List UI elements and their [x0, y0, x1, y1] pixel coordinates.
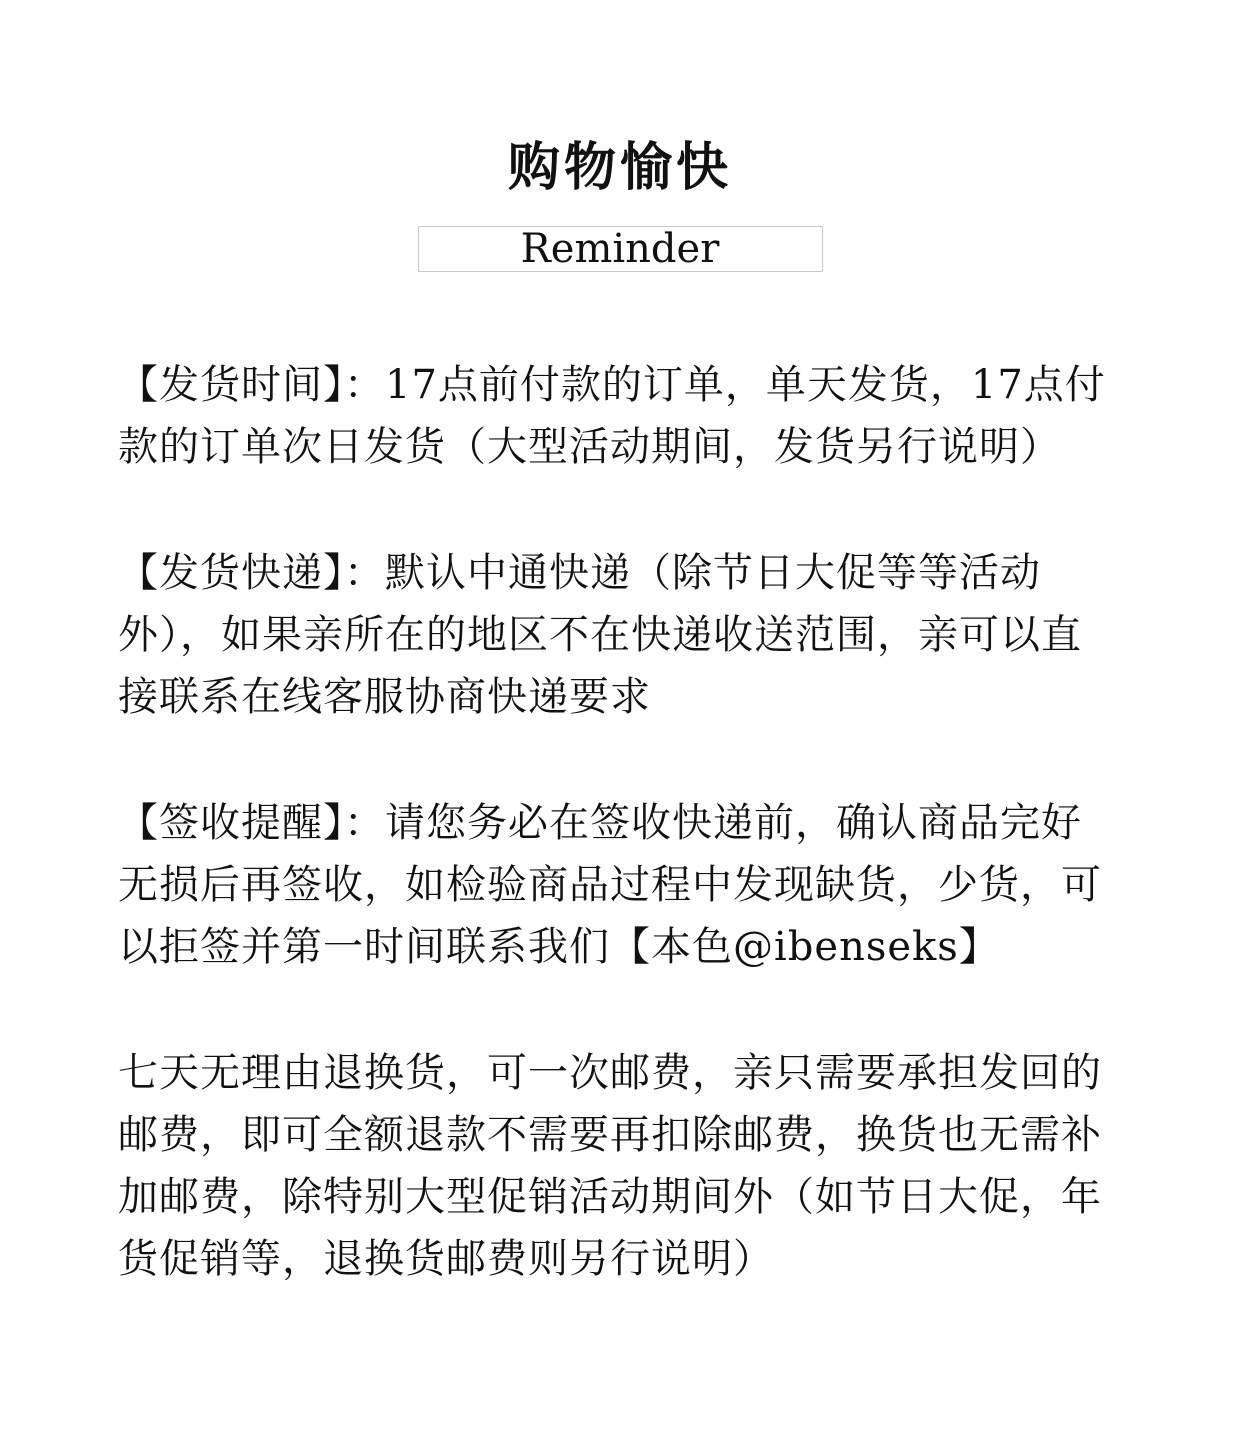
paragraph-return-policy: 七天无理由退换货，可一次邮费，亲只需要承担发回的邮费，即可全额退款不需要再扣除邮… [118, 1042, 1122, 1290]
reminder-label-box: Reminder [418, 226, 823, 272]
paragraph-shipping-time: 【发货时间】：17点前付款的订单，单天发货，17点付款的订单次日发货（大型活动期… [118, 354, 1122, 478]
paragraph-receipt-reminder: 【签收提醒】：请您务必在签收快递前，确认商品完好无损后再签收，如检验商品过程中发… [118, 792, 1122, 978]
notice-document: 购物愉快 Reminder 【发货时间】：17点前付款的订单，单天发货，17点付… [0, 0, 1240, 1290]
page-title: 购物愉快 [0, 138, 1240, 198]
paragraph-shipping-courier: 【发货快递】：默认中通快递（除节日大促等等活动外），如果亲所在的地区不在快递收送… [118, 542, 1122, 728]
reminder-label: Reminder [521, 226, 720, 272]
notice-body: 【发货时间】：17点前付款的订单，单天发货，17点付款的订单次日发货（大型活动期… [118, 354, 1122, 1290]
